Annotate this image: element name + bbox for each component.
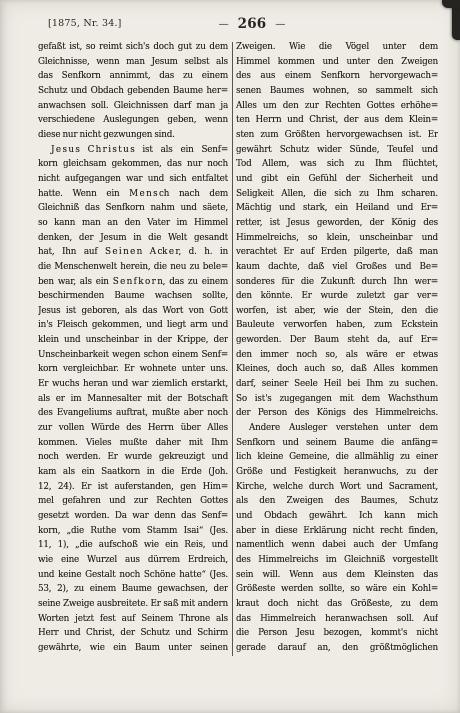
text-line: Worten jetzt fest auf Seinem Throne als xyxy=(38,612,228,627)
text-line: klein und unscheinbar in der Krippe, der xyxy=(38,333,228,348)
text-line: Seligkeit Allen, die sich zu Ihm scharen… xyxy=(236,187,438,202)
text-line: die Person Jesu bezogen, kommt's nicht xyxy=(236,626,438,641)
text-line: kaum dachte, daß viel Großes und Be= xyxy=(236,260,438,275)
text-line: gesetzt worden. Da war denn das Senf= xyxy=(38,509,228,524)
book-page-scan: [1875, Nr. 34.] —266— gefaßt ist, so rei… xyxy=(0,0,460,713)
text-line: den immer noch so, als wäre er etwas xyxy=(236,348,438,363)
text-line: zur vollen Würde des Herrn über Alles xyxy=(38,421,228,436)
text-line: des aus einem Senfkorn hervorgewach= xyxy=(236,69,438,84)
text-line: Tod Allem, was sich zu Ihm flüchtet, xyxy=(236,157,438,172)
text-line: und keine Gestalt noch Schöne hatte“ (Je… xyxy=(38,568,228,583)
text-line: Er wuchs heran und war ziemlich erstarkt… xyxy=(38,377,228,392)
left-text-column: gefaßt ist, so reimt sich's doch gut zu … xyxy=(38,40,228,656)
text-line: So ist's zugegangen mit dem Wachsthum xyxy=(236,392,438,407)
text-line: des Himmelreichs im Gleichniß vorgestell… xyxy=(236,553,438,568)
text-line: Jesus ist geboren, als das Wort von Gott xyxy=(38,304,228,319)
text-line: diese nur nicht gezwungen sind. xyxy=(38,128,228,143)
text-line: anwachsen soll. Gleichnissen darf man ja xyxy=(38,99,228,114)
text-line: nicht aufgegangen war und sich entfaltet xyxy=(38,172,228,187)
text-line: korn, „die Ruthe vom Stamm Isai“ (Jes. xyxy=(38,524,228,539)
text-line: Himmelreichs, so klein, unscheinbar und xyxy=(236,231,438,246)
text-line: noch werden. Er wurde gekreuzigt und xyxy=(38,450,228,465)
text-line: Gleichnisse, wenn man Jesum selbst als xyxy=(38,55,228,70)
text-line: Größe und Festigkeit heranwuchs, zu der xyxy=(236,465,438,480)
text-line: korn gleichsam gekommen, das nur noch xyxy=(38,157,228,172)
text-line: retter, ist Jesus geworden, der König de… xyxy=(236,216,438,231)
text-line: korn vergleichbar. Er wohnete unter uns. xyxy=(38,362,228,377)
text-line: kam als ein Saatkorn in die Erde (Joh. xyxy=(38,465,228,480)
text-line: Kleines, doch auch so, daß Alles kommen xyxy=(236,362,438,377)
text-line: hat, Ihn auf S e i n e n A ck e r, d. h.… xyxy=(38,245,228,260)
column-divider-rule xyxy=(232,42,233,656)
text-line: des Evangeliums auftrat, mußte aber noch xyxy=(38,406,228,421)
scan-edge-artifact-top xyxy=(442,0,460,8)
text-line: worfen, ist aber, wie der Stein, den die xyxy=(236,304,438,319)
text-line: Andere Ausleger verstehen unter dem xyxy=(236,421,438,436)
page-number-dash-right: — xyxy=(266,19,294,30)
text-line: gefaßt ist, so reimt sich's doch gut zu … xyxy=(38,40,228,55)
text-line: gewährt Schutz wider Sünde, Teufel und xyxy=(236,143,438,158)
right-text-column: Zweigen. Wie die Vögel unter demHimmel k… xyxy=(236,40,438,656)
text-line: J e s u s C h r i s t u s ist als ein Se… xyxy=(38,143,228,158)
page-number: 266 xyxy=(238,16,267,32)
text-line: so kann man an den Vater im Himmel xyxy=(38,216,228,231)
text-line: namentlich wenn dabei auch der Umfang xyxy=(236,538,438,553)
text-line: aber in diese Erklärung nicht recht find… xyxy=(236,524,438,539)
text-line: hatte. Wenn ein M e n s ch nach dem xyxy=(38,187,228,202)
text-columns: gefaßt ist, so reimt sich's doch gut zu … xyxy=(38,40,438,656)
text-line: kommen. Vieles mußte daher mit Ihm xyxy=(38,436,228,451)
text-line: ten Herrn und Christ, der aus dem Klein= xyxy=(236,113,438,128)
text-line: beschirmenden Baume wachsen sollte, säet… xyxy=(38,289,228,304)
text-line: der Person des Königs des Himmelreichs. xyxy=(236,406,438,421)
text-line: sonderes für die Zukunft durch Ihn wer= xyxy=(236,275,438,290)
text-line: sein will. Wenn aus dem Kleinsten das xyxy=(236,568,438,583)
text-line: das Senfkorn annimmt, das zu einem xyxy=(38,69,228,84)
text-line: Zweigen. Wie die Vögel unter dem xyxy=(236,40,438,55)
text-line: Alles um den zur Rechten Gottes erhöhe= xyxy=(236,99,438,114)
text-line: das Himmelreich heranwachsen soll. Auf xyxy=(236,612,438,627)
text-line: Bauleute verworfen haben, zum Eckstein xyxy=(236,318,438,333)
text-line: 53, 2), zu einem Baume gewachsen, der xyxy=(38,582,228,597)
text-line: senen Baumes wohnen, so sammelt sich xyxy=(236,84,438,99)
text-line: und Obdach gewährt. Ich kann mich xyxy=(236,509,438,524)
page-number-dash-left: — xyxy=(210,19,238,30)
text-line: und gibt ein Gefühl der Sicherheit und xyxy=(236,172,438,187)
text-line: lich kleine Gemeine, die allmählig zu ei… xyxy=(236,450,438,465)
text-line: gewährte, wie ein Baum unter seinen xyxy=(38,641,228,656)
issue-label: [1875, Nr. 34.] xyxy=(48,18,122,29)
text-line: Mächtig und stark, ein Heiland und Er= xyxy=(236,201,438,216)
text-line: ben war, als ein S e n f k o r n, das zu… xyxy=(38,275,228,290)
text-line: kraut doch nicht das Größeste, zu dem xyxy=(236,597,438,612)
page-header: [1875, Nr. 34.] —266— xyxy=(0,16,460,34)
text-line: verschiedene Auslegungen geben, wenn xyxy=(38,113,228,128)
text-line: Schutz und Obdach gebenden Baume her= xyxy=(38,84,228,99)
text-line: gerade darauf an, den größtmöglichen xyxy=(236,641,438,656)
text-line: 12, 24). Er ist auferstanden, gen Him= xyxy=(38,480,228,495)
text-line: Senfkorn und seinem Baume die anfäng= xyxy=(236,436,438,451)
text-line: denken, der Jesum in die Welt gesandt xyxy=(38,231,228,246)
text-line: darf, seiner Seele Heil bei Ihm zu suche… xyxy=(236,377,438,392)
text-line: als den Zweigen des Baumes, Schutz xyxy=(236,494,438,509)
text-line: Kirche, welche durch Wort und Sacrament, xyxy=(236,480,438,495)
text-line: wie eine Wurzel aus dürrem Erdreich, xyxy=(38,553,228,568)
text-line: verachtet Er auf Erden pilgerte, daß man xyxy=(236,245,438,260)
text-line: die Menschenwelt herein, die neu zu bele… xyxy=(38,260,228,275)
text-line: Größeste werden sollte, so wäre ein Kohl… xyxy=(236,582,438,597)
page-number-group: —266— xyxy=(210,16,295,32)
text-line: als er im Mannesalter mit der Botschaft xyxy=(38,392,228,407)
text-line: geworden. Der Baum steht da, auf Er= xyxy=(236,333,438,348)
text-line: Unscheinbarkeit wegen schon einem Senf= xyxy=(38,348,228,363)
text-line: Gleichniß das Senfkorn nahm und säete, xyxy=(38,201,228,216)
text-line: Himmel kommen und unter den Zweigen xyxy=(236,55,438,70)
text-line: seine Zweige ausbreitete. Er saß mit and… xyxy=(38,597,228,612)
text-line: in's Fleisch gekommen, und liegt arm und xyxy=(38,318,228,333)
text-line: 11, 1), „die aufschoß wie ein Reis, und xyxy=(38,538,228,553)
text-line: mel gefahren und zur Rechten Gottes xyxy=(38,494,228,509)
text-line: sten zum Größten hervorgewachsen ist. Er xyxy=(236,128,438,143)
text-line: den könnte. Er wurde zuletzt gar ver= xyxy=(236,289,438,304)
text-line: Herr und Christ, der Schutz und Schirm xyxy=(38,626,228,641)
